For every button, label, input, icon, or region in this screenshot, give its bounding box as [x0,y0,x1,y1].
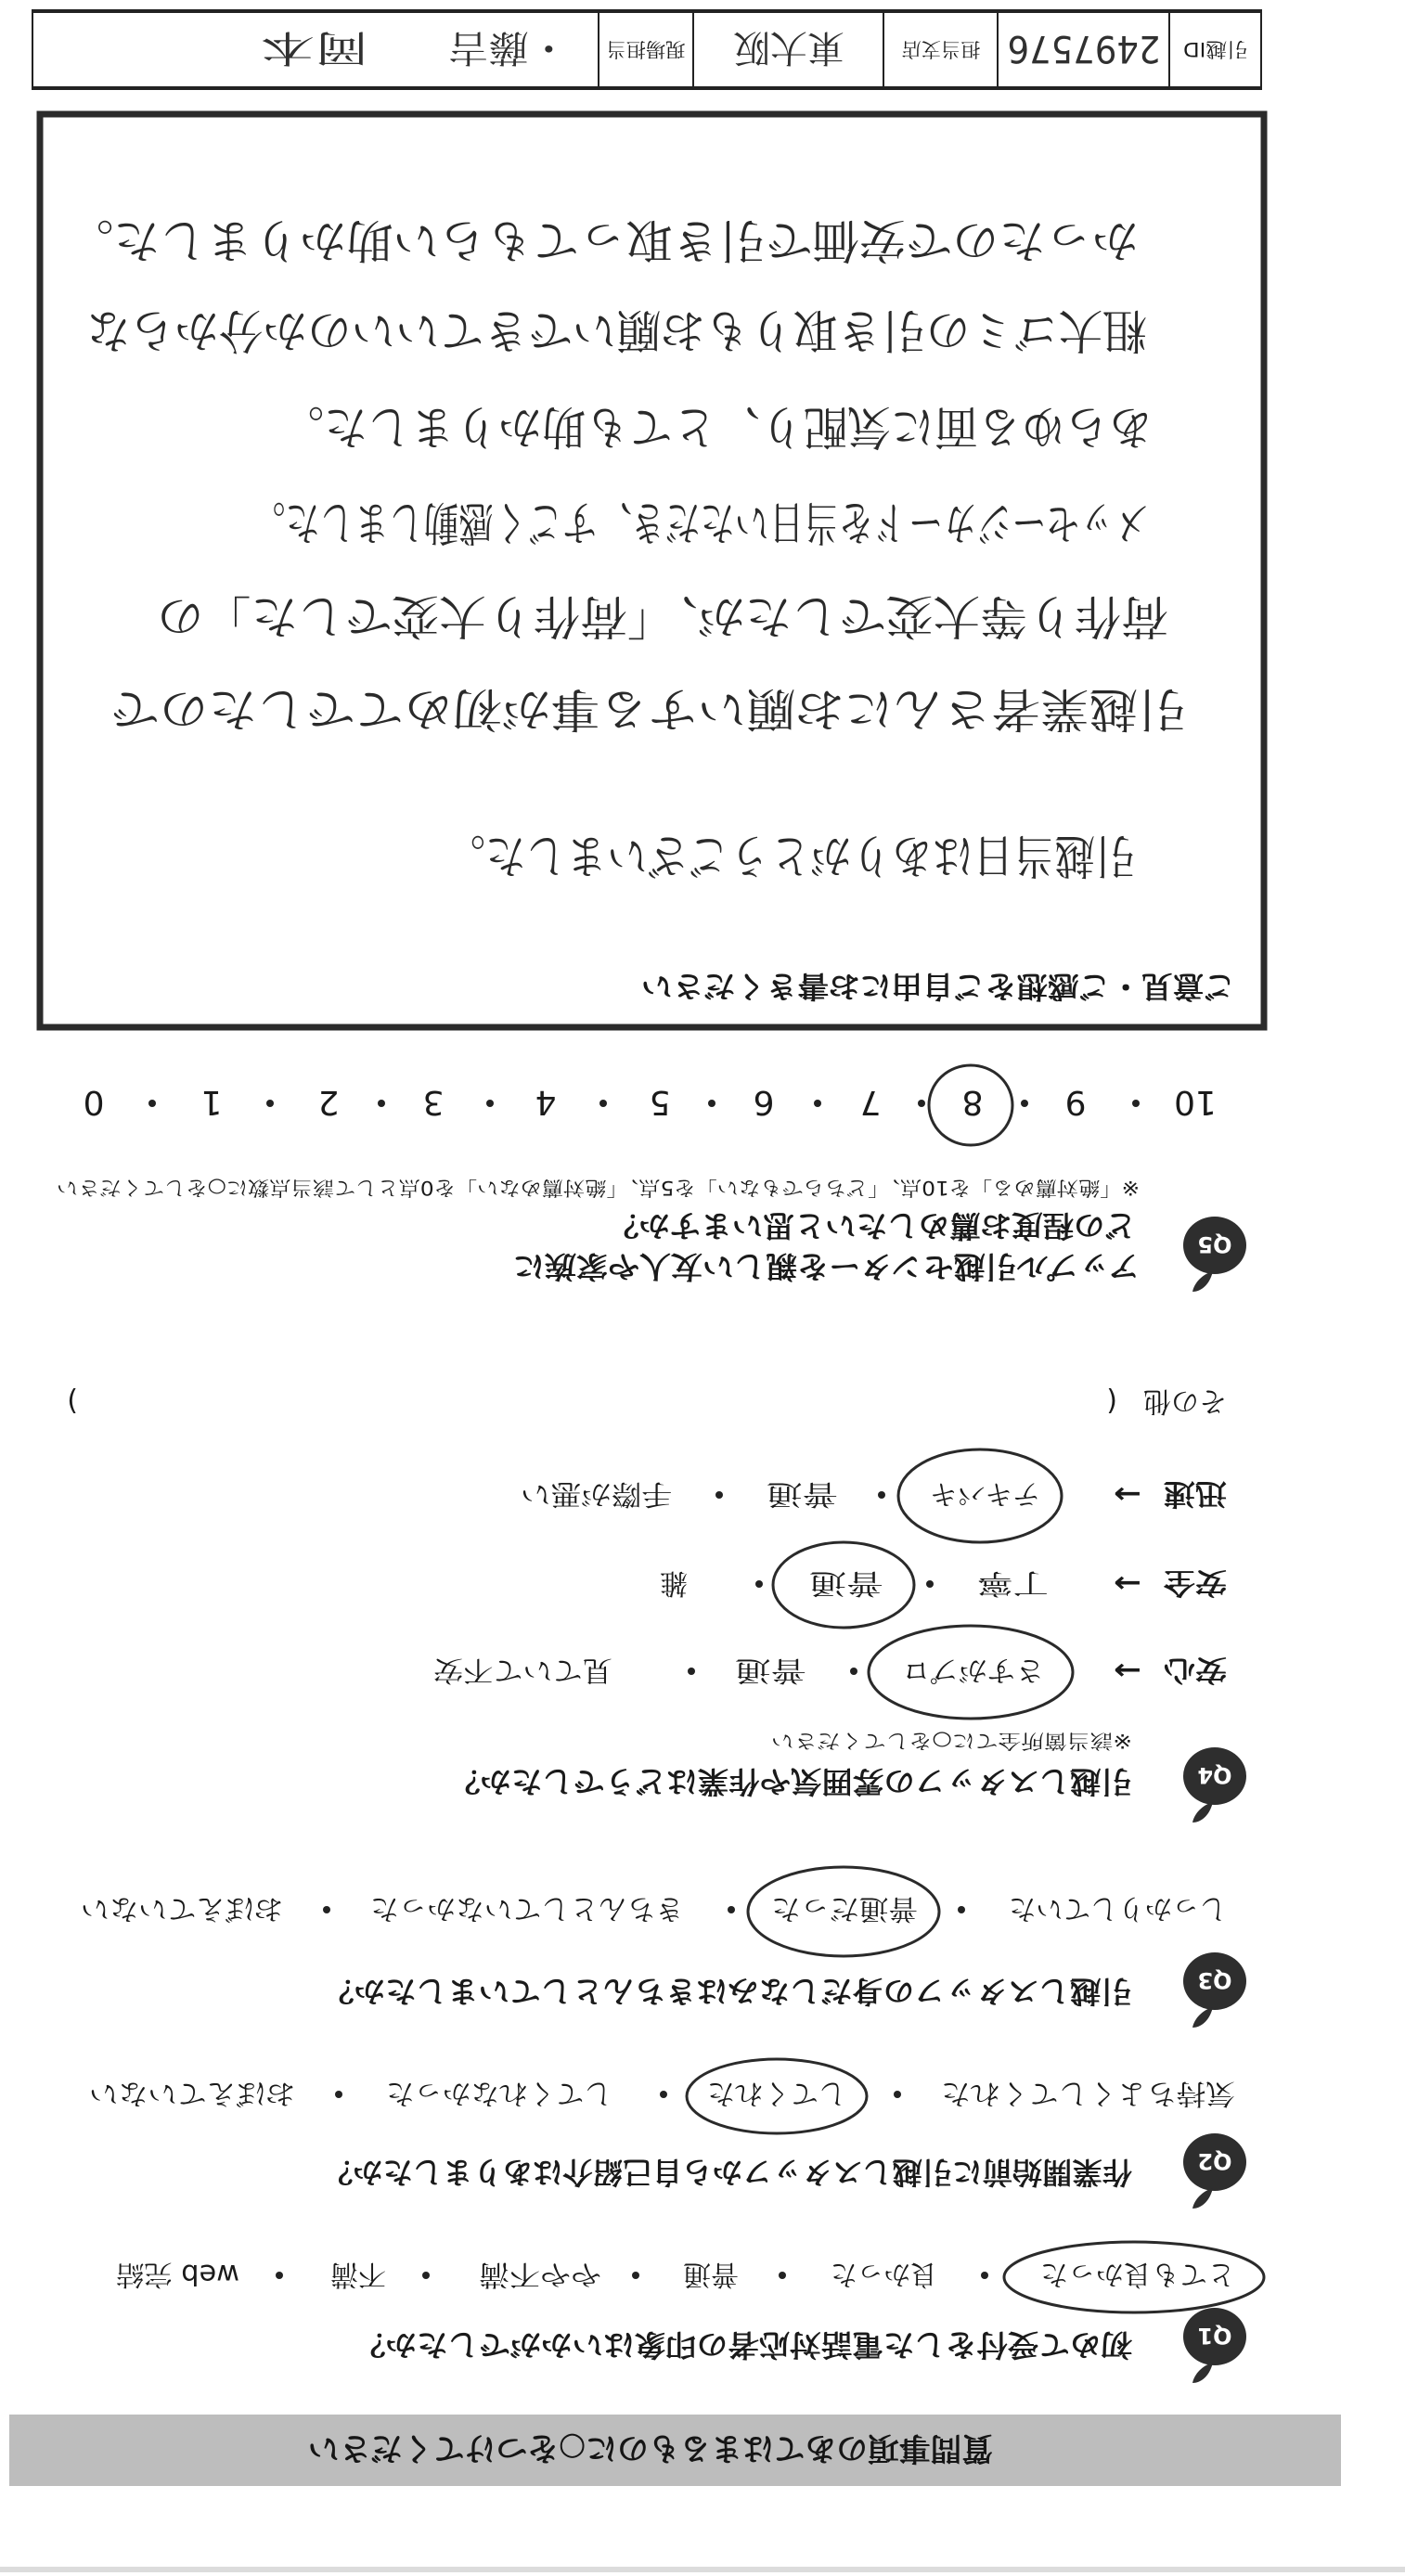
separator-dot [894,2091,901,2098]
instructions-text: 質問事項のあてはまるものに○をつけてください [308,2429,993,2467]
score-2: 2 [318,1083,340,1121]
separator-dot [599,1100,607,1107]
handwritten-comment-line: あらゆる面に気配り、とても助かりました。 [280,400,1153,454]
score-0: 0 [84,1083,105,1121]
q4-other-close-paren: ) [67,1385,78,1417]
separator-dot [755,1580,763,1588]
comments-heading: ご意見・ご感想をご自由にお書きください [641,969,1235,1004]
separator-dot [266,1100,274,1107]
separator-dot [715,1491,723,1499]
q2-badge-label: Q2 [1197,2148,1231,2174]
score-7: 7 [860,1083,882,1121]
q1-option-web: web 完結 [116,2258,239,2290]
q4-option: 手際が悪い [521,1477,672,1510]
q2-option-pleasantly: 気持ちよくしてくれた [941,2077,1235,2109]
q4-row-label: 安心 [1163,1653,1227,1686]
q4-badge-label: Q4 [1197,1762,1231,1788]
q5-badge-label: Q5 [1197,1231,1231,1257]
handwritten-comment-line: 引越当日はありがとうございました。 [445,829,1136,882]
branch-label: 担当支店 [902,38,981,60]
q3-option-dont-remember: おぼえていない [81,1892,283,1925]
score-8: 8 [962,1083,984,1121]
separator-dot [779,2272,786,2279]
q1-option-dissatisfied: 不満 [330,2258,386,2290]
separator-dot [378,1100,385,1107]
handwritten-comment-line: 引越業者さんにお願いする事が初めてでしたので [110,682,1187,736]
separator-dot [323,1906,330,1913]
q4-row-label: 安全 [1164,1565,1227,1599]
q3-option-neat: しっかりしていた [1009,1892,1227,1925]
q2-option-no: してくれなかった [386,2077,612,2109]
page-edge-shadow [0,2567,1405,2572]
q5-text-line1: アップル引越センターを親しい友人や家族に [513,1249,1140,1284]
separator-dot [728,1906,735,1913]
q4-option: 普通 [809,1566,883,1599]
onsite-staff-label: 現場担当 [607,38,686,60]
q4-text: 引越しスタッフの雰囲気や作業はどうでしたか？ [449,1764,1132,1799]
separator-dot [632,2272,639,2279]
score-6: 6 [754,1083,775,1121]
q4-note: ※該当箇所全てに○をしてください [771,1730,1132,1752]
q1-text: 初めて受付をした電話対応者の印象はいかがでしたか？ [354,2327,1133,2363]
separator-dot [981,2272,988,2279]
move-id-value: 2497576 [1008,27,1161,70]
separator-dot [926,1580,934,1588]
instructions-bar: 質問事項のあてはまるものに○をつけてください [9,2415,1341,2486]
score-5: 5 [650,1083,671,1121]
q4-option: テキパキ [930,1477,1040,1510]
separator-dot [335,2091,342,2098]
handwritten-comment-line: メッセージカードを当日いただき、すごく感動しました。 [251,496,1149,549]
handwritten-comment-line: かったので安価で引き取ってもらい助かりました。 [67,213,1139,267]
score-10: 10 [1174,1083,1217,1121]
q5-note: ※「絶対薦める」を10点、「どちらでもない」を5点、「絶対薦めない」を0点として… [57,1177,1140,1199]
separator-dot [958,1906,965,1913]
separator-dot [486,1100,494,1107]
q4-option: 普通 [735,1654,806,1686]
q2-option-dont-remember: おぼえていない [89,2077,295,2109]
separator-dot [660,2091,667,2098]
scanned-survey-page: 質問事項のあてはまるものに○をつけてください Q1 初めて受付をした電話対応者の… [0,0,1405,2576]
handwritten-comment-line: 粗大ゴミの引き取りもお願いできていいのか分からな [86,303,1147,357]
arrow-right-icon: → [1114,1566,1141,1600]
q1-option-somewhat-dissatisfied: やや不満 [479,2258,601,2290]
score-1: 1 [201,1083,223,1121]
q2-text: 作業開始前に引越しスタッフから自己紹介はありましたか？ [323,2155,1132,2190]
separator-dot [1021,1100,1028,1107]
q3-option-not-neat: きちんとしていなかった [370,1892,684,1925]
separator-dot [814,1100,821,1107]
separator-dot [276,2272,283,2279]
q4-option: 見ていて不安 [433,1654,612,1686]
q4-option: さすがプロ [902,1654,1044,1686]
q4-other-open-paren: ( [1106,1385,1117,1417]
score-9: 9 [1065,1083,1087,1121]
q1-option-average: 普通 [683,2258,739,2290]
separator-dot [148,1100,156,1107]
onsite-staff-name: ・藤吉 [448,26,569,69]
q1-option-very-good: とても良かった [1040,2258,1235,2290]
score-4: 4 [535,1083,557,1121]
q5-text-line2: どの程度お薦めしたいと思いますか？ [608,1208,1136,1243]
q4-row-label: 迅速 [1164,1476,1227,1510]
separator-dot [878,1491,885,1499]
separator-dot [708,1100,715,1107]
branch-value: 東大阪 [733,26,844,69]
separator-dot [918,1100,925,1107]
handwritten-comment-line: 荷作り等大変でしたが、「荷作り大変でした」の [157,589,1168,643]
q3-text: 引越しスタッフの身だしなみはきちんとしていましたか？ [323,1974,1132,2009]
q3-badge-label: Q3 [1197,1967,1231,1993]
q4-option: 丁寧 [977,1566,1049,1599]
move-id-label: 引越ID [1183,38,1248,60]
separator-dot [1132,1100,1140,1107]
q1-option-good: 良かった [831,2258,937,2290]
arrow-right-icon: → [1114,1654,1141,1687]
q4-option: 雑 [660,1566,688,1599]
separator-dot [850,1668,857,1675]
q4-other-label: その他 [1143,1385,1227,1417]
separator-dot [422,2272,430,2279]
score-3: 3 [423,1083,445,1121]
onsite-staff-name: 岡本 [261,26,369,69]
q3-option-average: 普通だった [771,1892,918,1925]
q1-badge-label: Q1 [1197,2323,1231,2349]
q2-option-yes: してくれた [707,2077,846,2109]
arrow-right-icon: → [1114,1477,1141,1511]
separator-dot [688,1668,695,1675]
q4-option: 普通 [767,1477,838,1510]
